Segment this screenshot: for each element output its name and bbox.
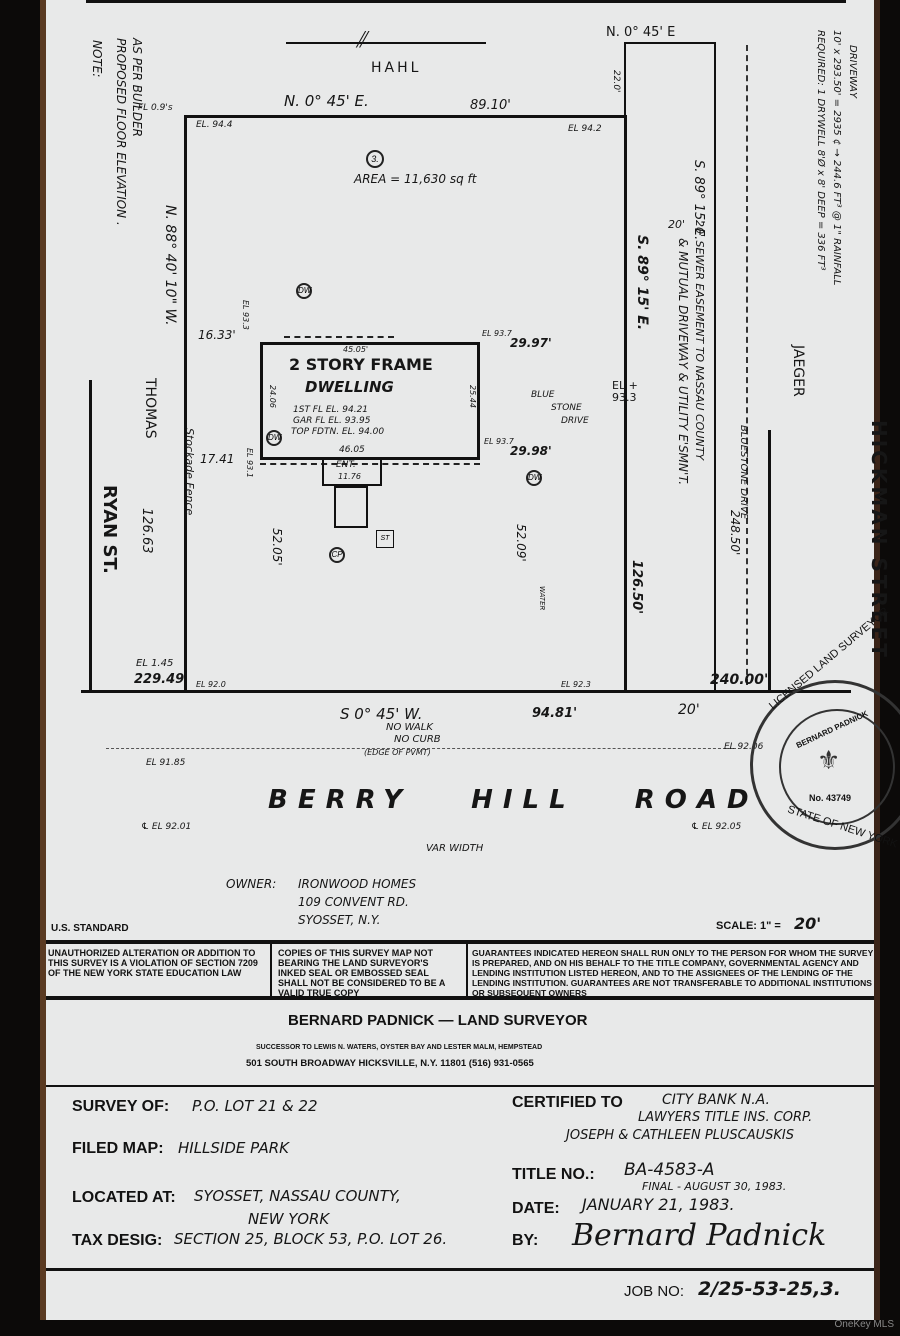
filed-map-label: FILED MAP:: [72, 1140, 164, 1158]
north-bearing: N. 0° 45' E.: [284, 92, 369, 110]
blue-stone-label-2: STONE: [551, 403, 582, 413]
garage-floor-elevation: GAR FL EL. 93.95: [293, 416, 370, 426]
top-border: [86, 0, 846, 3]
drywell-symbol-e: DW: [526, 470, 542, 486]
ne-elevation: EL 94.2: [568, 124, 602, 134]
sw-elevation: EL 92.0: [196, 680, 226, 689]
note-line-1: PROPOSED FLOOR ELEVATION .: [114, 38, 128, 226]
driveway-note-title: DRIVEWAY: [847, 45, 858, 98]
seal-license-number: No. 43749: [809, 793, 851, 803]
job-no-value[interactable]: 2/25-53-25,3.: [698, 1278, 841, 1300]
bluestone-drive-label: BLUESTONE DRIVE: [738, 425, 749, 519]
owner-address-1: 109 CONVENT RD.: [298, 895, 409, 909]
job-no-label: JOB NO:: [624, 1283, 684, 1300]
tax-desig-label: TAX DESIG:: [72, 1232, 162, 1250]
date-label: DATE:: [512, 1200, 560, 1218]
dwelling-title: 2 STORY FRAME: [289, 355, 433, 374]
disclaimer-alteration: UNAUTHORIZED ALTERATION OR ADDITION TO T…: [48, 948, 266, 978]
title-no-final-note[interactable]: FINAL - AUGUST 30, 1983.: [642, 1180, 786, 1193]
dwelling-left-dim: 24.06: [268, 385, 277, 408]
berry-hill-road-label: BERRY HILL ROAD: [268, 785, 759, 815]
lot-area: AREA = 11,630 sq ft: [354, 172, 476, 186]
house-e-elevation: EL 93.7: [484, 437, 514, 446]
flag-south-distance: 240.00': [710, 672, 768, 688]
edge-of-pavement-line: [106, 748, 736, 749]
standard-label: U.S. STANDARD: [51, 923, 129, 934]
house-nw-elevation: EL 93.3: [241, 300, 250, 330]
state-seal-icon: ⚜: [817, 745, 840, 776]
nw-elevation: EL. 94.4: [196, 120, 232, 130]
easement-line-1: 20' SEWER EASEMENT TO NASSAU COUNTY: [693, 220, 706, 460]
road-note-walk: NO WALK: [386, 722, 433, 733]
neighbor-west: THOMAS: [142, 378, 158, 439]
flag-east-line: [714, 42, 716, 690]
tax-desig-value[interactable]: SECTION 25, BLOCK 53, P.O. LOT 26.: [174, 1230, 447, 1248]
blue-stone-label-1: BLUE: [531, 390, 554, 400]
south-distance: 94.81': [532, 706, 577, 721]
filed-map-value[interactable]: HILLSIDE PARK: [178, 1139, 289, 1157]
flag-north-line: [624, 42, 714, 44]
owner-label: OWNER:: [226, 877, 276, 891]
job-no-rule: [46, 1268, 874, 1271]
lot-north-line: [184, 115, 624, 118]
north-arrow-line: [286, 42, 486, 44]
certified-to-line-3[interactable]: JOSEPH & CATHLEEN PLUSCAUSKIS: [566, 1128, 794, 1143]
flags-elevation: FL 0.9's: [138, 103, 173, 113]
neighbor-east: JAEGER: [790, 345, 806, 397]
north-arrow-icon: ⫽: [356, 28, 366, 53]
owner-address-2: SYOSSET, N.Y.: [298, 913, 381, 927]
road-width-label: VAR WIDTH: [426, 843, 483, 854]
title-no-label: TITLE NO.:: [512, 1166, 595, 1184]
entry-dim: 11.76: [338, 472, 361, 481]
offset-front-left: 52.05': [270, 528, 284, 566]
owner-name: IRONWOOD HOMES: [298, 877, 416, 891]
dwelling-footprint: 2 STORY FRAME DWELLING 1ST FL EL. 94.21 …: [260, 342, 480, 460]
first-floor-elevation: 1ST FL EL. 94.21: [293, 405, 368, 415]
flag-south-width: 20': [678, 702, 700, 718]
disclaimer-copies: COPIES OF THIS SURVEY MAP NOT BEARING TH…: [278, 948, 448, 998]
blue-stone-label-3: DRIVE: [561, 416, 589, 426]
surveyor-name: BERNARD PADNICK — LAND SURVEYOR: [288, 1012, 587, 1029]
surveyor-seal: LICENSED LAND SURVEYOR BERNARD PADNICK ⚜…: [750, 680, 900, 850]
entry-steps: [334, 486, 368, 528]
easement-line-2: & MUTUAL DRIVEWAY & UTILITY E'SMN'T.: [676, 238, 690, 485]
west-road-distance: 229.49: [134, 672, 184, 687]
lot-west-line: [184, 115, 187, 690]
offset-right-bottom: 29.98': [510, 444, 552, 458]
drywell-symbol-w: DW: [266, 430, 282, 446]
neighbor-north: HAHL: [371, 60, 421, 76]
located-at-value[interactable]: SYOSSET, NASSAU COUNTY,: [194, 1187, 401, 1205]
road-note-curb: NO CURB: [394, 734, 441, 745]
dwelling-overhang-north: [284, 336, 394, 338]
dwelling-bottom-dim: 46.05: [339, 445, 365, 455]
certified-to-line-1[interactable]: CITY BANK N.A.: [662, 1092, 770, 1108]
water-line-label: WATER: [538, 586, 546, 610]
driveway-note-line-2: REQUIRED: 1 DRYWELL 8'Ø x 8' DEEP = 336 …: [815, 30, 826, 271]
disclaimer-divider-2: [466, 944, 468, 996]
house-w-elevation: EL 93.1: [245, 448, 254, 478]
driveway-elevation: EL + 93.3: [612, 380, 642, 404]
located-at-label: LOCATED AT:: [72, 1189, 176, 1207]
easement-line: [746, 45, 748, 685]
note-title: NOTE:: [90, 40, 104, 77]
certified-to-line-2[interactable]: LAWYERS TITLE INS. CORP.: [638, 1110, 812, 1125]
flag-north-bearing: N. 0° 45' E: [606, 25, 675, 40]
surveyor-successor: SUCCESSOR TO LEWIS N. WATERS, OYSTER BAY…: [256, 1044, 542, 1051]
scale-label: SCALE: 1" =: [716, 920, 781, 932]
east-inner-bearing: S. 89° 15' E.: [634, 235, 650, 330]
stockade-fence-label: Stockade Fence: [183, 428, 196, 515]
date-value[interactable]: JANUARY 21, 1983.: [582, 1195, 735, 1214]
lot-south-line: [81, 690, 851, 693]
house-ne-elevation: EL 93.7: [482, 329, 512, 338]
dwelling-right-dim: 25.44: [468, 385, 477, 408]
mls-watermark: OneKey MLS: [835, 1319, 894, 1330]
dwelling-top-dim: 45.05': [343, 345, 368, 354]
east-inner-distance: 126.50': [629, 560, 644, 614]
lot-number: 3.: [366, 150, 384, 168]
entry-box: ENT. 11.76: [322, 458, 382, 486]
north-distance: 89.10': [470, 98, 511, 113]
offset-right-top: 29.97': [510, 336, 552, 350]
cl-west-elevation: ℄ EL 92.01: [141, 822, 191, 832]
cesspool-symbol: CP: [329, 547, 345, 563]
hickman-street-line: [768, 430, 771, 690]
surveyor-signature: Bernard Padnick: [572, 1218, 826, 1253]
certified-to-label: CERTIFIED TO: [512, 1094, 623, 1112]
flag-width: 20': [668, 218, 685, 231]
west-corner-elevation: EL 1.45: [136, 658, 173, 669]
curb-west-elevation: EL 91.85: [146, 758, 185, 768]
survey-document: ⫽ HAHL NOTE: PROPOSED FLOOR ELEVATION . …: [40, 0, 880, 1320]
south-bearing: S 0° 45' W.: [340, 705, 422, 723]
septic-tank-symbol: ST: [376, 530, 394, 548]
flag-west-line: [624, 42, 626, 117]
road-note-edge: (EDGE OF PVMT): [364, 748, 431, 757]
west-bearing: N. 88° 40' 10" W.: [162, 205, 178, 326]
entry-label: ENT.: [336, 460, 356, 470]
disclaimer-divider-1: [270, 944, 272, 996]
ryan-street-label: RYAN ST.: [99, 485, 120, 574]
scale-value: 20': [794, 914, 821, 933]
disclaimer-guarantees: GUARANTEES INDICATED HEREON SHALL RUN ON…: [472, 948, 874, 998]
by-label: BY:: [512, 1232, 538, 1250]
top-foundation-elevation: TOP FDTN. EL. 94.00: [291, 427, 384, 437]
drywell-symbol-nw: DW: [296, 283, 312, 299]
driveway-note-line-1: 10' x 293.50' = 2935 ¢ → 244.6 FT³ @ 1" …: [831, 30, 842, 286]
survey-of-value[interactable]: P.O. LOT 21 & 22: [192, 1097, 318, 1115]
located-at-value-2[interactable]: NEW YORK: [248, 1210, 329, 1228]
title-no-value[interactable]: BA-4583-A: [624, 1160, 714, 1180]
offset-left-bottom: 17.41: [200, 452, 234, 466]
surveyor-address: 501 SOUTH BROADWAY HICKSVILLE, N.Y. 1180…: [246, 1058, 534, 1069]
disclaimer-top-rule: [46, 940, 874, 944]
offset-front-right: 52.09': [514, 524, 528, 562]
west-distance: 126.63: [139, 508, 154, 554]
offset-left-top: 16.33': [198, 328, 236, 342]
flag-north-distance: 22.0': [611, 70, 621, 93]
dwelling-subtitle: DWELLING: [305, 378, 394, 396]
ryan-street-line: [89, 380, 92, 690]
note-line-2: AS PER BUILDER: [130, 38, 144, 137]
cl-east-elevation: ℄ EL 92.05: [691, 822, 741, 832]
title-block-rule: [46, 1085, 874, 1087]
survey-of-label: SURVEY OF:: [72, 1098, 169, 1116]
se-elevation: EL 92.3: [561, 680, 591, 689]
disclaimer-bottom-rule: [46, 996, 874, 1000]
